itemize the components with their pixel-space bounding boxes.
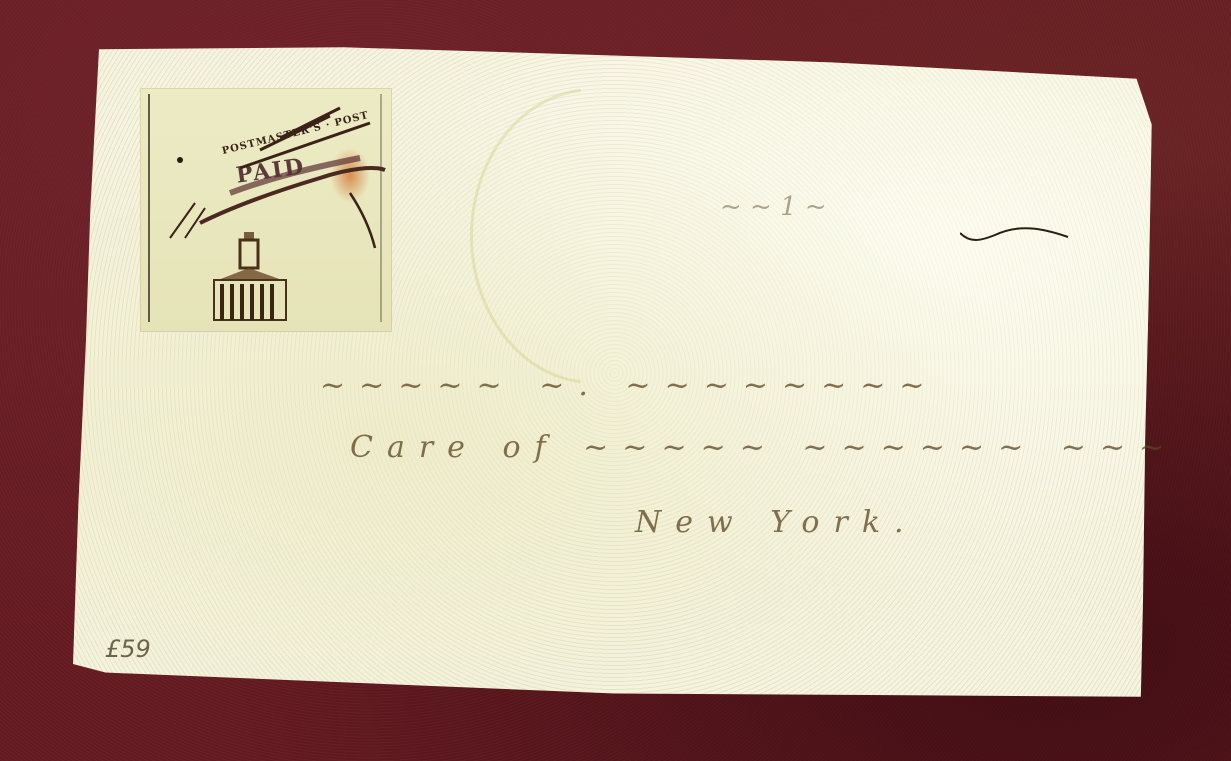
capitol-building-icon — [200, 228, 310, 328]
address-line-3: New York. — [635, 505, 918, 540]
stamp-frame-left — [148, 94, 150, 322]
provisional-stamp: POSTMASTER'S · POST PAID — [140, 88, 392, 332]
pen-flourish-icon — [960, 215, 1070, 245]
pencil-catalog-note: £59 — [105, 635, 151, 663]
address-line-1: ~~~~~ ~. ~~~~~~~~ — [320, 368, 939, 403]
address-line-2: Care of ~~~~~ ~~~~~~ ~~~ — [350, 430, 1178, 465]
manuscript-date: ~ ~ 1 ~ — [720, 192, 827, 222]
